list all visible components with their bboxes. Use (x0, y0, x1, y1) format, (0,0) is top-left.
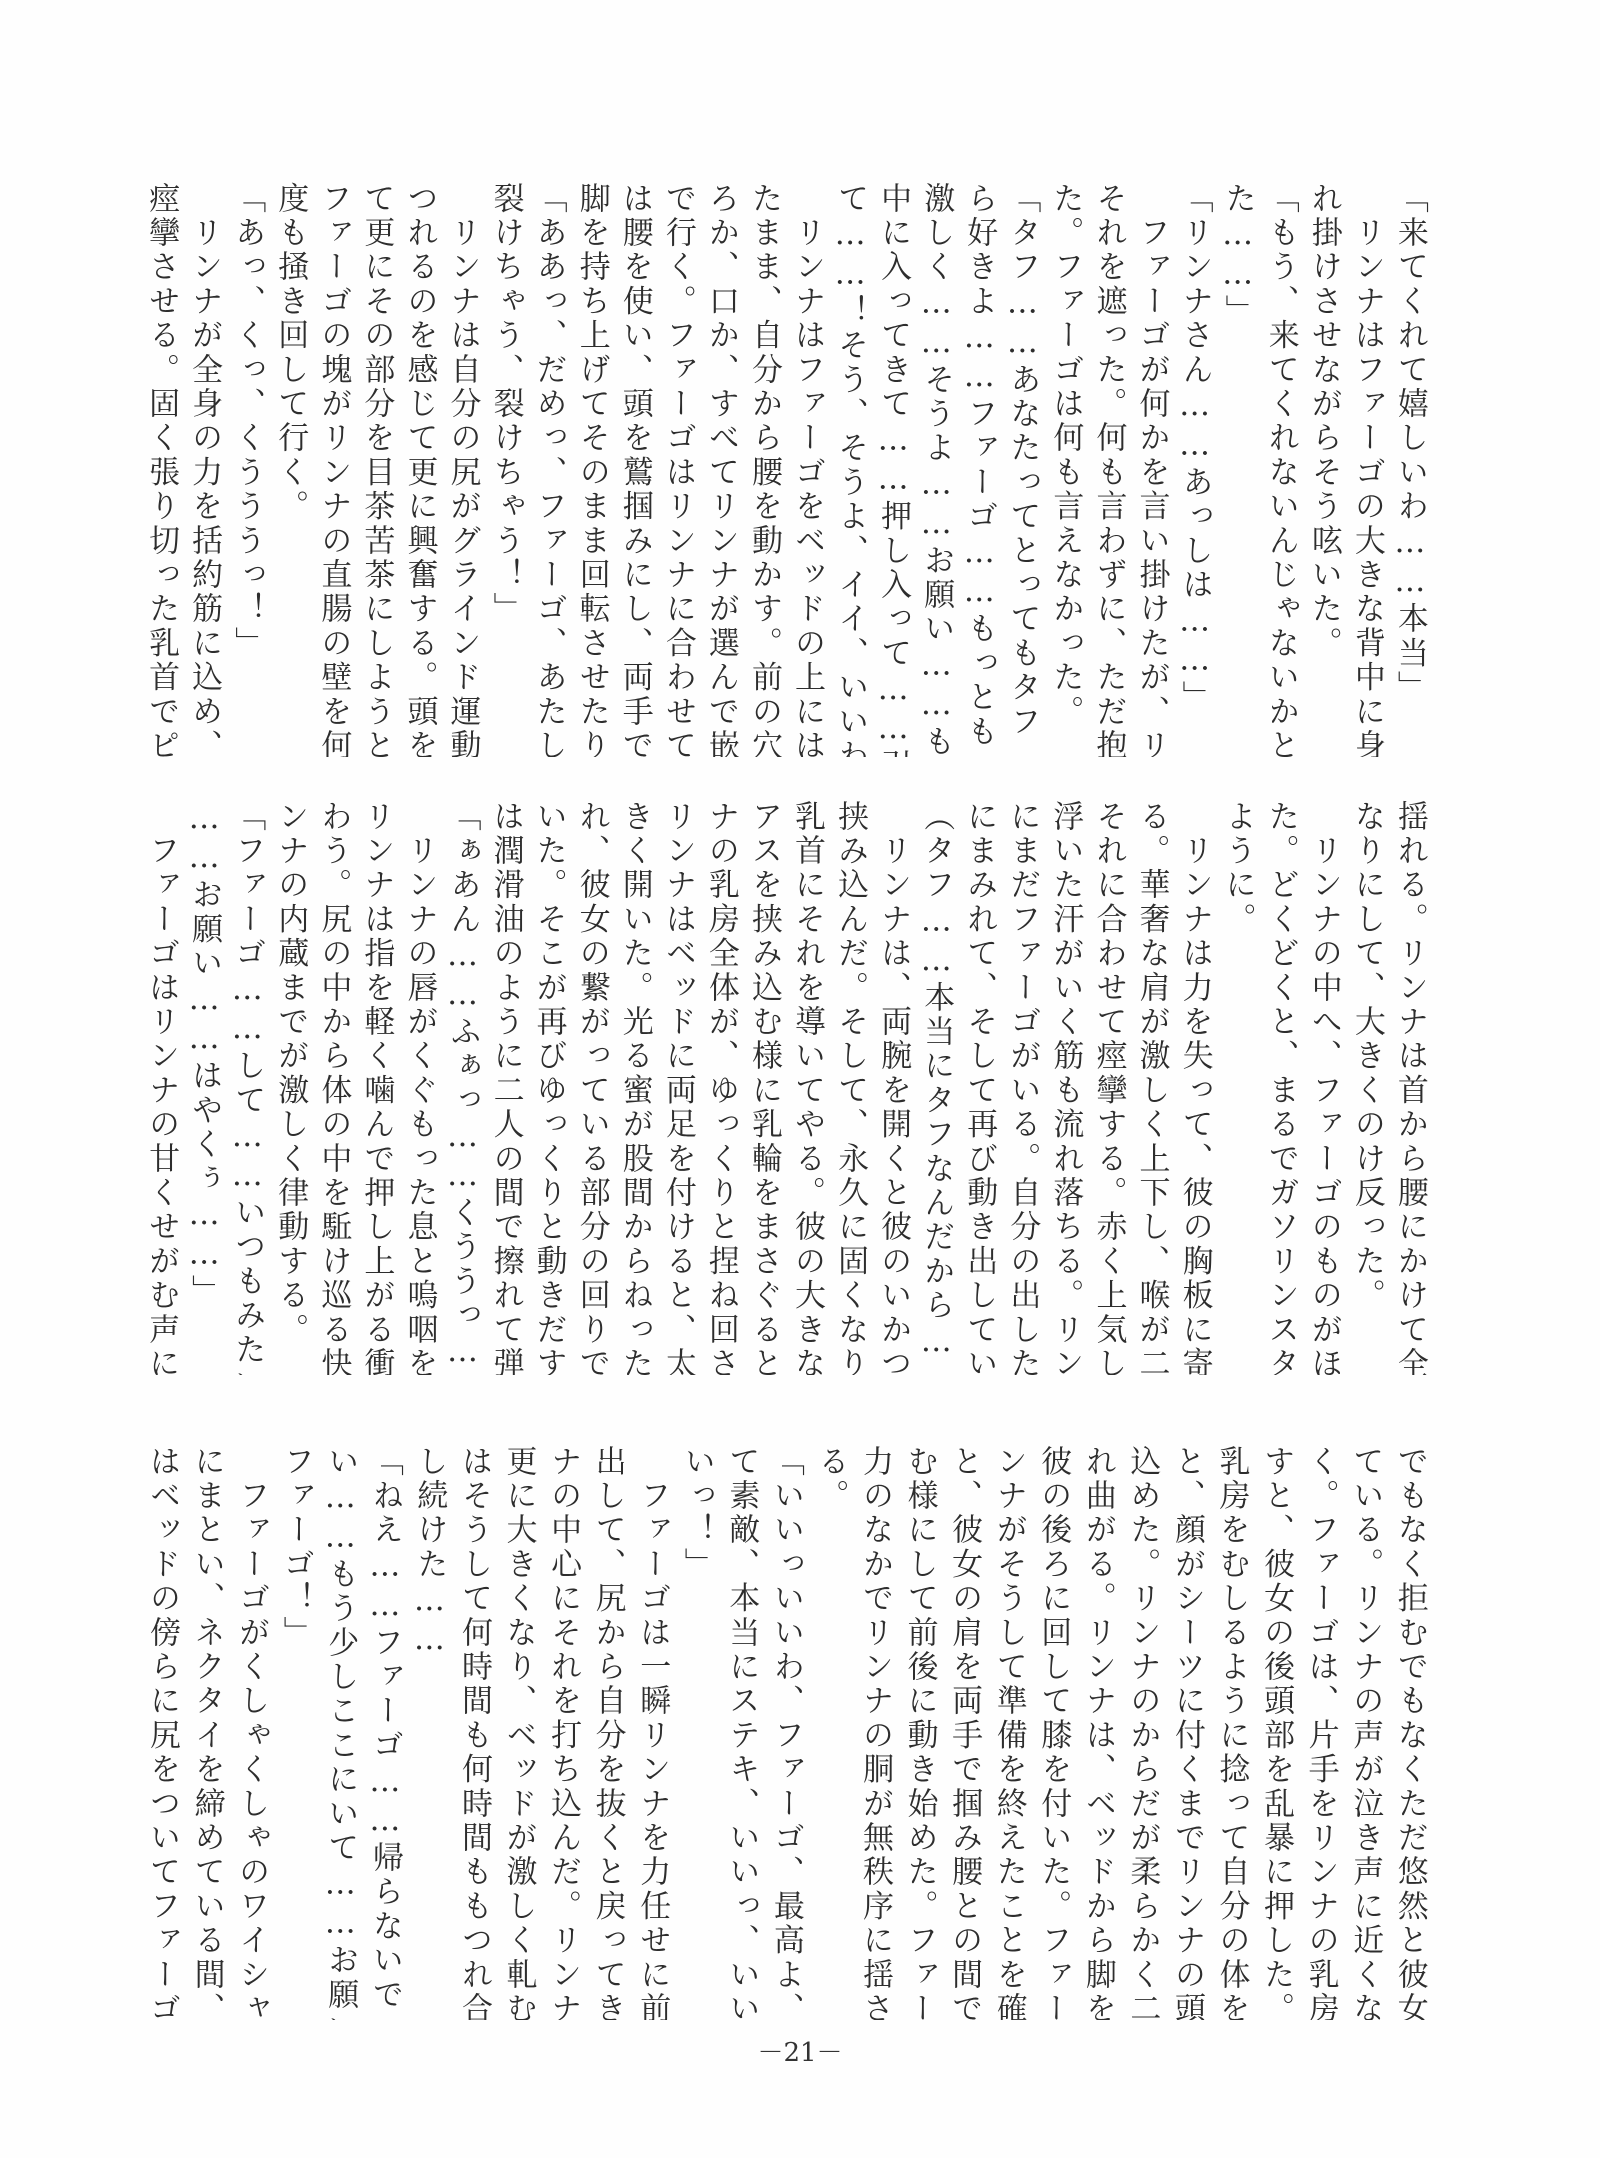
text-column: る。 (808, 1445, 852, 2020)
text-column: 込めた。リンナのからだが柔らかく二つに折 (1120, 1445, 1164, 2020)
text-column: ファーゴの塊がリンナの直腸の壁を何度も何 (312, 182, 355, 757)
text-column: ンナの内蔵までが激しく律動する。 (269, 800, 312, 1375)
text-column: たまま、自分から腰を動かす。前の穴か、後 (743, 182, 786, 757)
text-column: ように。 (1217, 800, 1260, 1375)
text-column: それに合わせて痙攣する。赤く上気した肌に (1087, 800, 1130, 1375)
text-column: 乳首にそれを導いてやる。彼の大きな指がピ (786, 800, 829, 1375)
text-column: む様にして前後に動き始めた。ファーゴの万 (898, 1445, 942, 2020)
text-column: リンナはベッドに両足を付けると、太股を大 (657, 800, 700, 1375)
text-column: リンナは、両腕を開くと彼のいかつい掌を (872, 800, 915, 1375)
text-column: 「あっ、くっ、くうううっ！」 (226, 182, 269, 757)
text-column: 「もう、来てくれないんじゃないかと思って (1260, 182, 1303, 757)
text-column: リンナの唇がくぐもった息と嗚咽を漏らす。 (398, 800, 441, 1375)
text-column: れ、彼女の繋がっている部分の回りで溢れて (571, 800, 614, 1375)
text-column: 「いいっいいわ、ファーゴ、最高よ、あなたっ (764, 1445, 808, 2020)
text-column: は腰を使い、頭を鷲掴みにし、両手で彼女の (614, 182, 657, 757)
text-block-top: 「来てくれて嬉しいわ……本当」 リンナはファーゴの大きな背中に身をもた れ掛けさ… (140, 182, 1432, 757)
text-column: た。ファーゴは何も言えなかった。 (1044, 182, 1087, 757)
text-column: ファーゴが何かを言い掛けたが、リンナは (1130, 182, 1173, 757)
text-column: リンナはファーゴをベッドの上にはりつけ (786, 182, 829, 757)
text-column: リンナは自分の尻がグラインド運動でひき (441, 182, 484, 757)
text-column: ンナがそうして準備を終えたことを確認する (987, 1445, 1031, 2020)
text-column: 浮いた汗がいく筋も流れ落ちる。リンナの中 (1044, 800, 1087, 1375)
text-column: れ曲がる。リンナは、ベッドから脚を外すと、 (1076, 1445, 1120, 2020)
text-block-middle: 揺れる。リンナは首から腰にかけて全身を弓 なりにして、大きくのけ反った。 リンナ… (140, 800, 1432, 1375)
text-column: 「タフ……あなたってとってもタフ……だか (1001, 182, 1044, 757)
text-column: で行く。ファーゴはリンナに合わせて、時に (657, 182, 700, 757)
text-column: いっ！」 (675, 1445, 719, 2020)
text-column: 脚を持ち上げてそのまま回転させたりする。 (571, 182, 614, 757)
page-number: －21－ (0, 2032, 1600, 2069)
text-column: リンナはファーゴの大きな背中に身をもた (1346, 182, 1389, 757)
text-column: く。ファーゴは、片手をリンナの乳房から外 (1299, 1445, 1343, 2020)
text-column: い……もう少しここにいて……お願いよ…… (318, 1445, 362, 2020)
text-column: 挟み込んだ。そして、永久に固くなり続ける (829, 800, 872, 1375)
text-column: 中に入ってきて……押し入って……引き裂い (872, 182, 915, 757)
text-column: つれるのを感じて更に興奮する。頭を揺すっ (398, 182, 441, 757)
text-column: ファーゴがくしゃくしゃのワイシャツを身 (229, 1445, 273, 2020)
text-column: は潤滑油のように二人の間で擦れて弾けた。 (485, 800, 528, 1375)
text-column: 「リンナさん……あっしは……」 (1174, 182, 1217, 757)
text-column: にまみれて、そして再び動き出している。 (958, 800, 1001, 1375)
text-column: でもなく拒むでもなくただ悠然と彼女を扱っ (1388, 1445, 1432, 2020)
text-column: なりにして、大きくのけ反った。 (1346, 800, 1389, 1375)
text-column: 彼の後ろに回して膝を付いた。ファーゴはリ (1031, 1445, 1075, 2020)
text-column: る。華奢な肩が激しく上下し、喉が二、三度 (1130, 800, 1173, 1375)
text-column: 揺れる。リンナは首から腰にかけて全身を弓 (1389, 800, 1432, 1375)
text-column: て……！そう、そうよ、イイ、いいわ！」 (829, 182, 872, 757)
text-column: 力のなかでリンナの胴が無秩序に揺さぶられ (853, 1445, 897, 2020)
text-column: 「来てくれて嬉しいわ……本当」 (1389, 182, 1432, 757)
text-column: リンナは力を失って、彼の胸板に寄りかか (1174, 800, 1217, 1375)
text-column: 痙攣させる。固く張り切った乳首でピアスが (140, 182, 183, 757)
text-column: ナの中心にそれを打ち込んだ。リンナの声が (541, 1445, 585, 2020)
text-column: ろか、口か、すべてリンナが選んで嵌め込ん (700, 182, 743, 757)
text-column: 「ファーゴ……して……いつもみたいにして (226, 800, 269, 1375)
text-column: 乳房をむしるように捻って自分の体を起こす (1210, 1445, 1254, 2020)
text-column: ナの乳房全体が、ゆっくりと捏ね回される。 (700, 800, 743, 1375)
text-column: ファーゴ！」 (274, 1445, 318, 2020)
text-column: それを遮った。何も言わずに、ただ抱き締め (1087, 182, 1130, 757)
text-column: た……」 (1217, 182, 1260, 757)
text-block-bottom: でもなく拒むでもなくただ悠然と彼女を扱っ ている。リンナの声が泣き声に近くなって… (140, 1445, 1432, 2020)
text-column: て素敵、本当にステキ、いいっ、いいっ、い (719, 1445, 763, 2020)
text-column: リンナは指を軽く噛んで押し上がる衝動を味 (355, 800, 398, 1375)
text-column: リンナが全身の力を括約筋に込め、激しく (183, 182, 226, 757)
text-column: ファーゴは一瞬リンナを力任せに前に放り (630, 1445, 674, 2020)
text-column: 出して、尻から自分を抜くと戻ってきたリン (586, 1445, 630, 2020)
text-column: 更に大きくなり、ベッドが激しく軋む。二人 (497, 1445, 541, 2020)
text-column: ている。リンナの声が泣き声に近くなってい (1343, 1445, 1387, 2020)
text-column: わう。尻の中から体の中を駈け巡る快楽。リ (312, 800, 355, 1375)
text-column: ら好きよ……ファーゴ……もっともっと…… (958, 182, 1001, 757)
text-column: 激しく……そうよ……お願い……もっと私の (915, 182, 958, 757)
text-column: 「ねえ……ファーゴ……帰らないで……お願 (363, 1445, 407, 2020)
text-column: （タフ……本当にタフなんだから……） (915, 800, 958, 1375)
text-column: ファーゴはリンナの甘くせがむ声に応じる (140, 800, 183, 1375)
text-column: リンナの中へ、ファーゴのものがほとばしっ (1303, 800, 1346, 1375)
text-column: にまとい、ネクタイを締めている間、リンナ (185, 1445, 229, 2020)
text-column: 「ぁあん……ふぁっ……くううっ……」 (441, 800, 484, 1375)
text-column: はそうして何時間も何時間ももつれ合い、愛 (452, 1445, 496, 2020)
text-column: ……お願い……はやくぅ……」 (183, 800, 226, 1375)
text-column: と、彼女の肩を両手で掴み腰との間で挟み込 (942, 1445, 986, 2020)
text-column: にまだファーゴがいる。自分の出した白い汁 (1001, 800, 1044, 1375)
text-column: 度も掻き回して行く。 (269, 182, 312, 757)
text-column: と、顔がシーツに付くまでリンナの頭に力を (1165, 1445, 1209, 2020)
text-column: すと、彼女の後頭部を乱暴に押した。そして、 (1254, 1445, 1298, 2020)
text-column: いた。そこが再びゆっくりと動きだすと、液 (528, 800, 571, 1375)
text-column: はベッドの傍らに尻をついてファーゴの脚に (140, 1445, 184, 2020)
text-column: て更にその部分を目茶苦茶にしようとする。 (355, 182, 398, 757)
text-column: た。どくどくと、まるでガソリンスタンドの (1260, 800, 1303, 1375)
text-column: 裂けちゃう、裂けちゃう！」 (485, 182, 528, 757)
text-column: きく開いた。光る蜜が股間からねったりと溢 (614, 800, 657, 1375)
text-column: し続けた…… (407, 1445, 451, 2020)
text-column: 「ああっ、だめっ、ファーゴ、あたしだめ。 (528, 182, 571, 757)
book-page: 「来てくれて嬉しいわ……本当」 リンナはファーゴの大きな背中に身をもた れ掛けさ… (0, 0, 1600, 2158)
text-column: れ掛けさせながらそう呟いた。 (1303, 182, 1346, 757)
text-column: アスを挟み込む様に乳輪をまさぐると、リン (743, 800, 786, 1375)
